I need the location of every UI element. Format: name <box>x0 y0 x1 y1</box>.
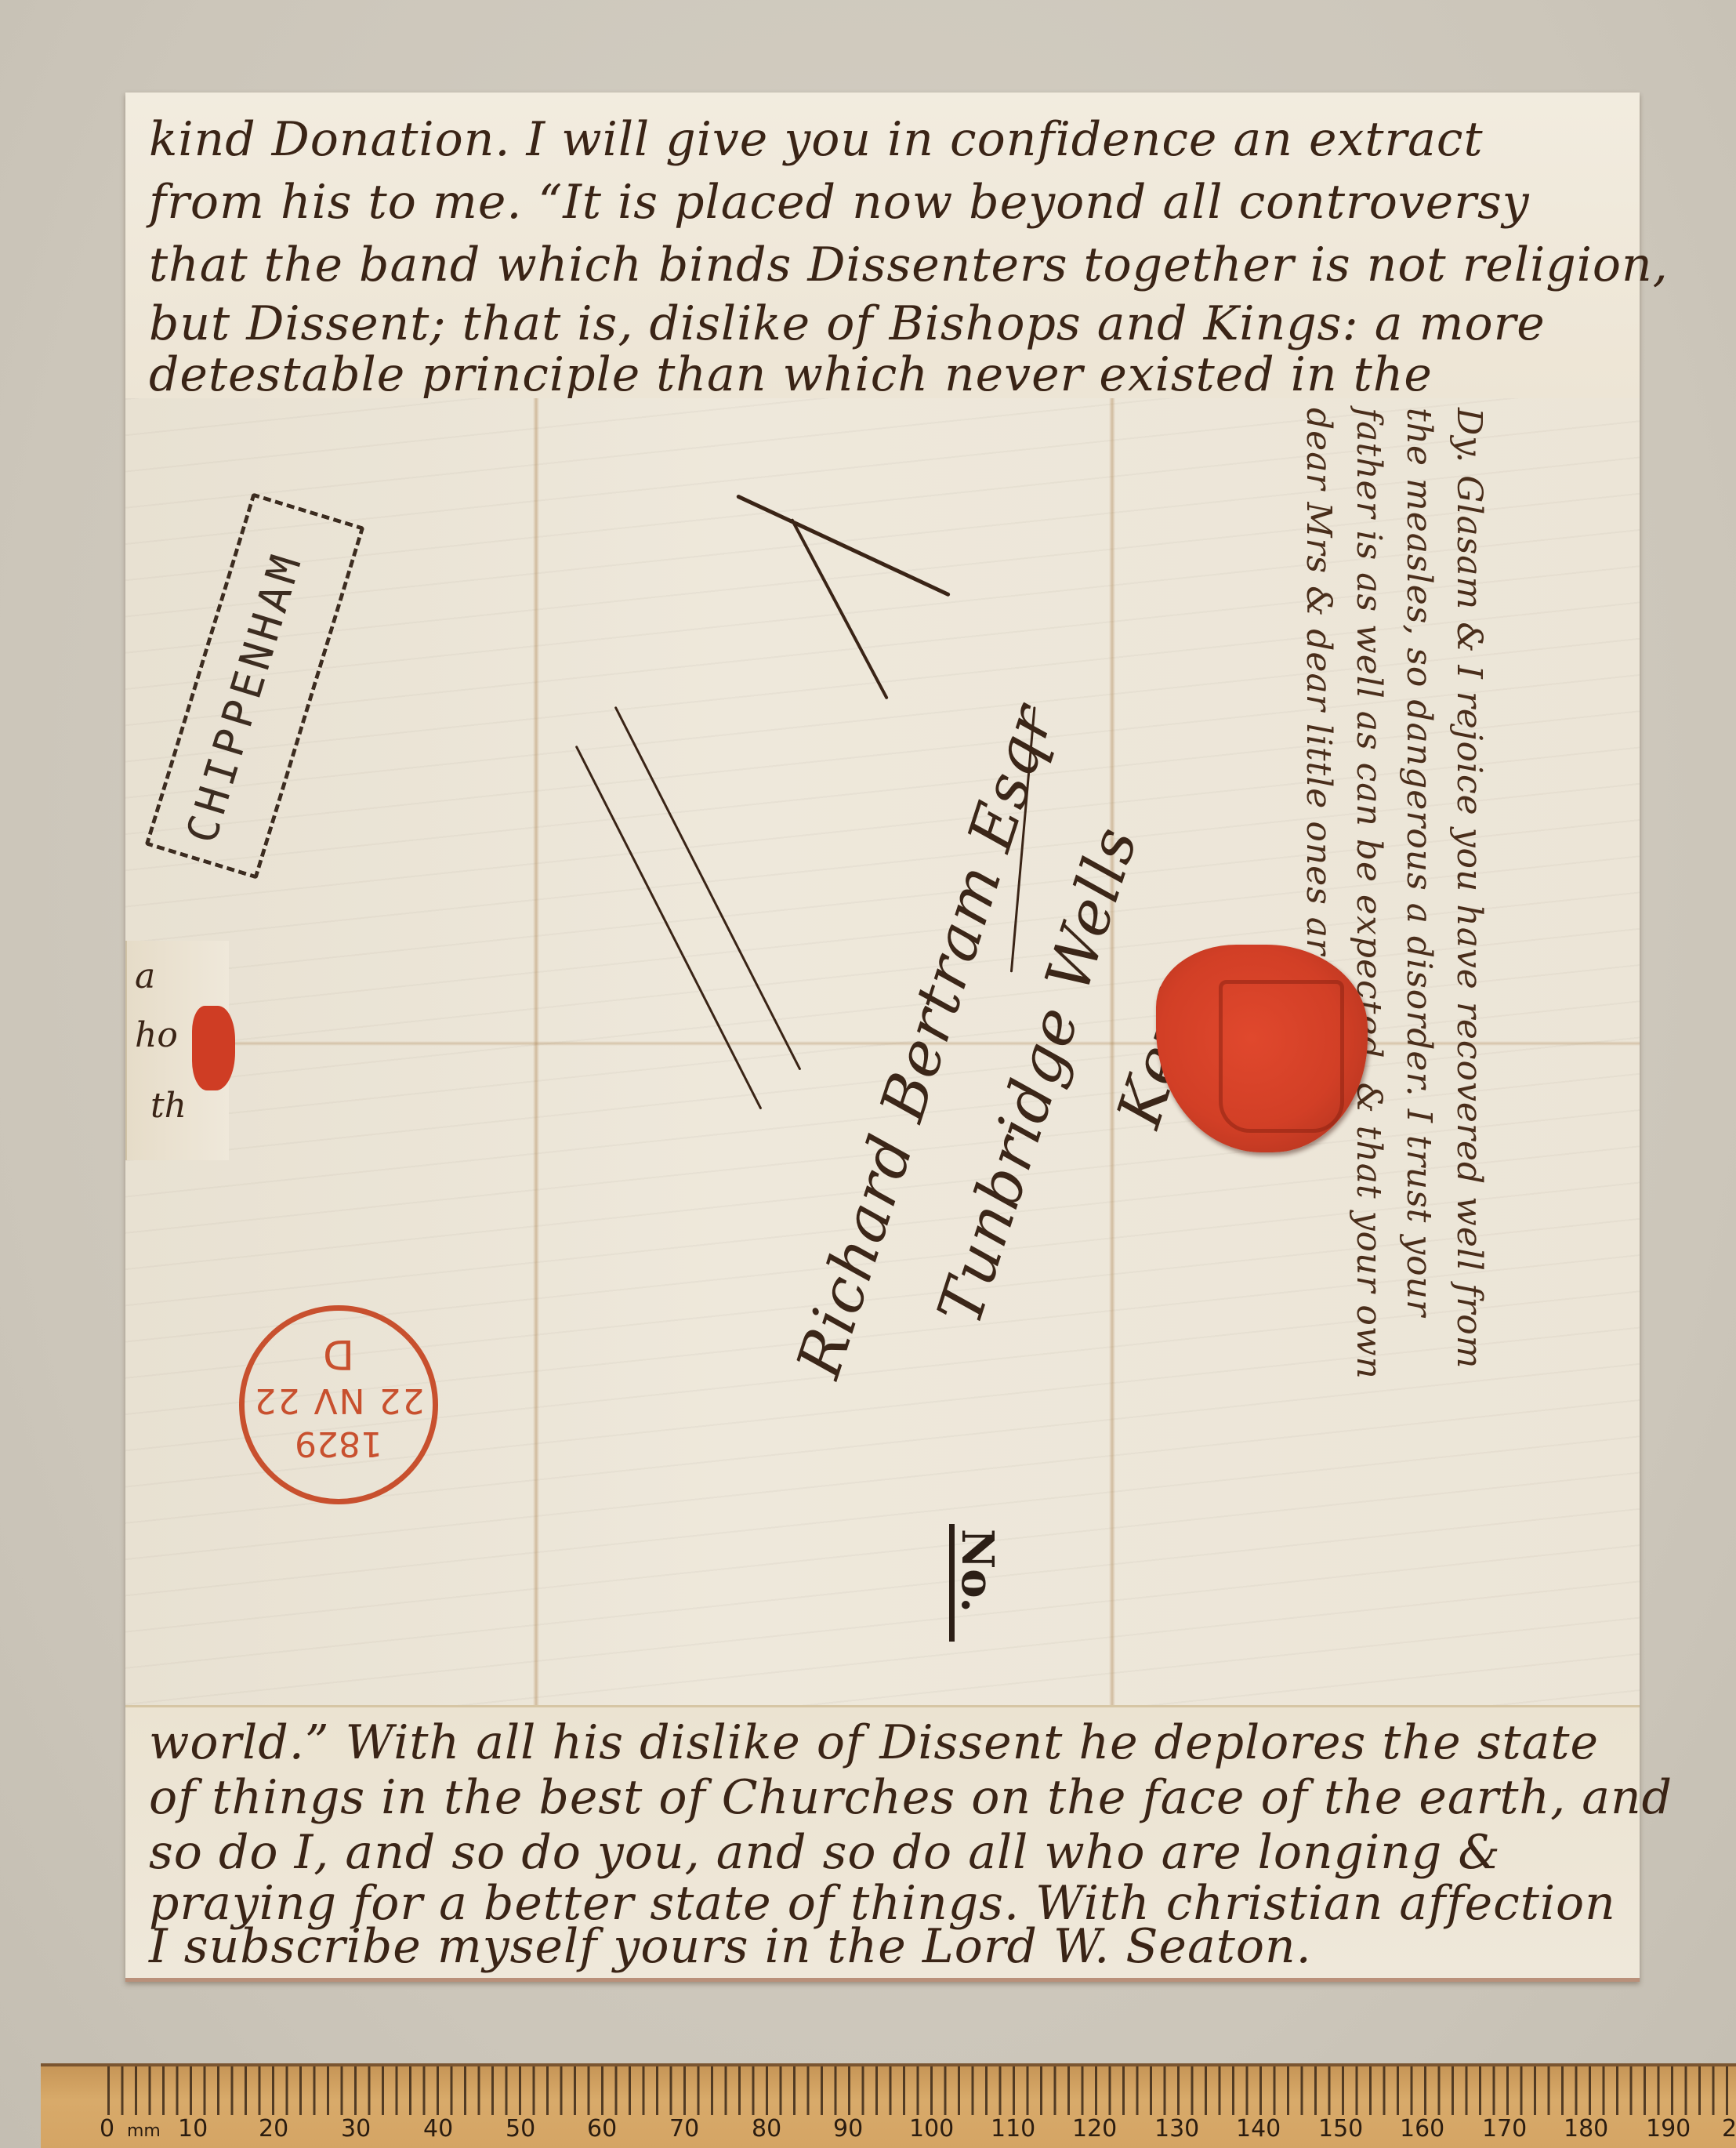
ruler-unit: mm <box>127 2121 161 2141</box>
bottom-line-5: I subscribe myself yours in the Lord W. … <box>149 1915 1312 1978</box>
ruler-label-40: 40 <box>423 2115 453 2143</box>
ruler-label-100: 100 <box>909 2115 954 2143</box>
top-line-1: kind Donation. I will give you in confid… <box>149 108 1484 171</box>
top-flap: kind Donation. I will give you in confid… <box>125 93 1640 401</box>
torn-fragment-2: ho <box>135 1015 178 1055</box>
ruler-label-160: 160 <box>1400 2115 1444 2143</box>
ruler-label-20: 20 <box>259 2115 288 2143</box>
ruler-label-0: 0 <box>100 2115 114 2143</box>
ruler-label-110: 110 <box>991 2115 1035 2143</box>
ruler-label-50: 50 <box>506 2115 535 2143</box>
ruler-label-70: 70 <box>669 2115 699 2143</box>
side-note-line-3: father is as well as can be expected, & … <box>1349 408 1389 1380</box>
ruler-label-60: 60 <box>587 2115 617 2143</box>
postmark-year: 1829 <box>245 1424 433 1464</box>
torn-fragment-1: a <box>135 956 155 996</box>
postmark-date: 22 NV 22 <box>245 1381 433 1421</box>
wax-seal-fragment <box>192 1006 235 1090</box>
bottom-line-2: of things in the best of Churches on the… <box>149 1766 1673 1829</box>
ruler-label-200: 2 <box>1722 2115 1736 2143</box>
ruler-label-80: 80 <box>752 2115 781 2143</box>
ruler-label-130: 130 <box>1154 2115 1199 2143</box>
top-line-2: from his to me. “It is placed now beyond… <box>149 171 1530 234</box>
measuring-ruler: 0 mm 10 20 30 40 50 60 70 80 90 100 110 … <box>41 2063 1736 2148</box>
fold-line-left <box>533 398 539 1711</box>
ruler-label-10: 10 <box>178 2115 208 2143</box>
side-note-line-2: the measles, so dangerous a disorder. I … <box>1399 408 1439 1317</box>
side-note-line-1: Dy. Glasam & I rejoice you have recovere… <box>1449 408 1489 1370</box>
ruler-label-30: 30 <box>341 2115 371 2143</box>
top-line-3: that the band which binds Dissenters tog… <box>149 234 1669 296</box>
bottom-line-1: world.” With all his dislike of Dissent … <box>149 1711 1599 1774</box>
ruler-label-190: 190 <box>1646 2115 1691 2143</box>
ruler-label-150: 150 <box>1318 2115 1363 2143</box>
bottom-flap: world.” With all his dislike of Dissent … <box>125 1705 1640 1982</box>
top-line-5: detestable principle than which never ex… <box>149 343 1433 406</box>
postmark-letter: D <box>245 1330 433 1377</box>
number-handstamp: No. <box>951 1529 1003 1613</box>
torn-fragment-3: th <box>150 1086 187 1126</box>
ruler-label-180: 180 <box>1564 2115 1608 2143</box>
ruler-label-90: 90 <box>833 2115 863 2143</box>
ruler-label-170: 170 <box>1482 2115 1527 2143</box>
circular-postmark: 1829 22 NV 22 D <box>239 1305 438 1504</box>
ruler-label-120: 120 <box>1072 2115 1117 2143</box>
ruler-label-140: 140 <box>1236 2115 1281 2143</box>
fold-line-right <box>1109 398 1115 1711</box>
ruler-ticks <box>107 2066 1736 2115</box>
